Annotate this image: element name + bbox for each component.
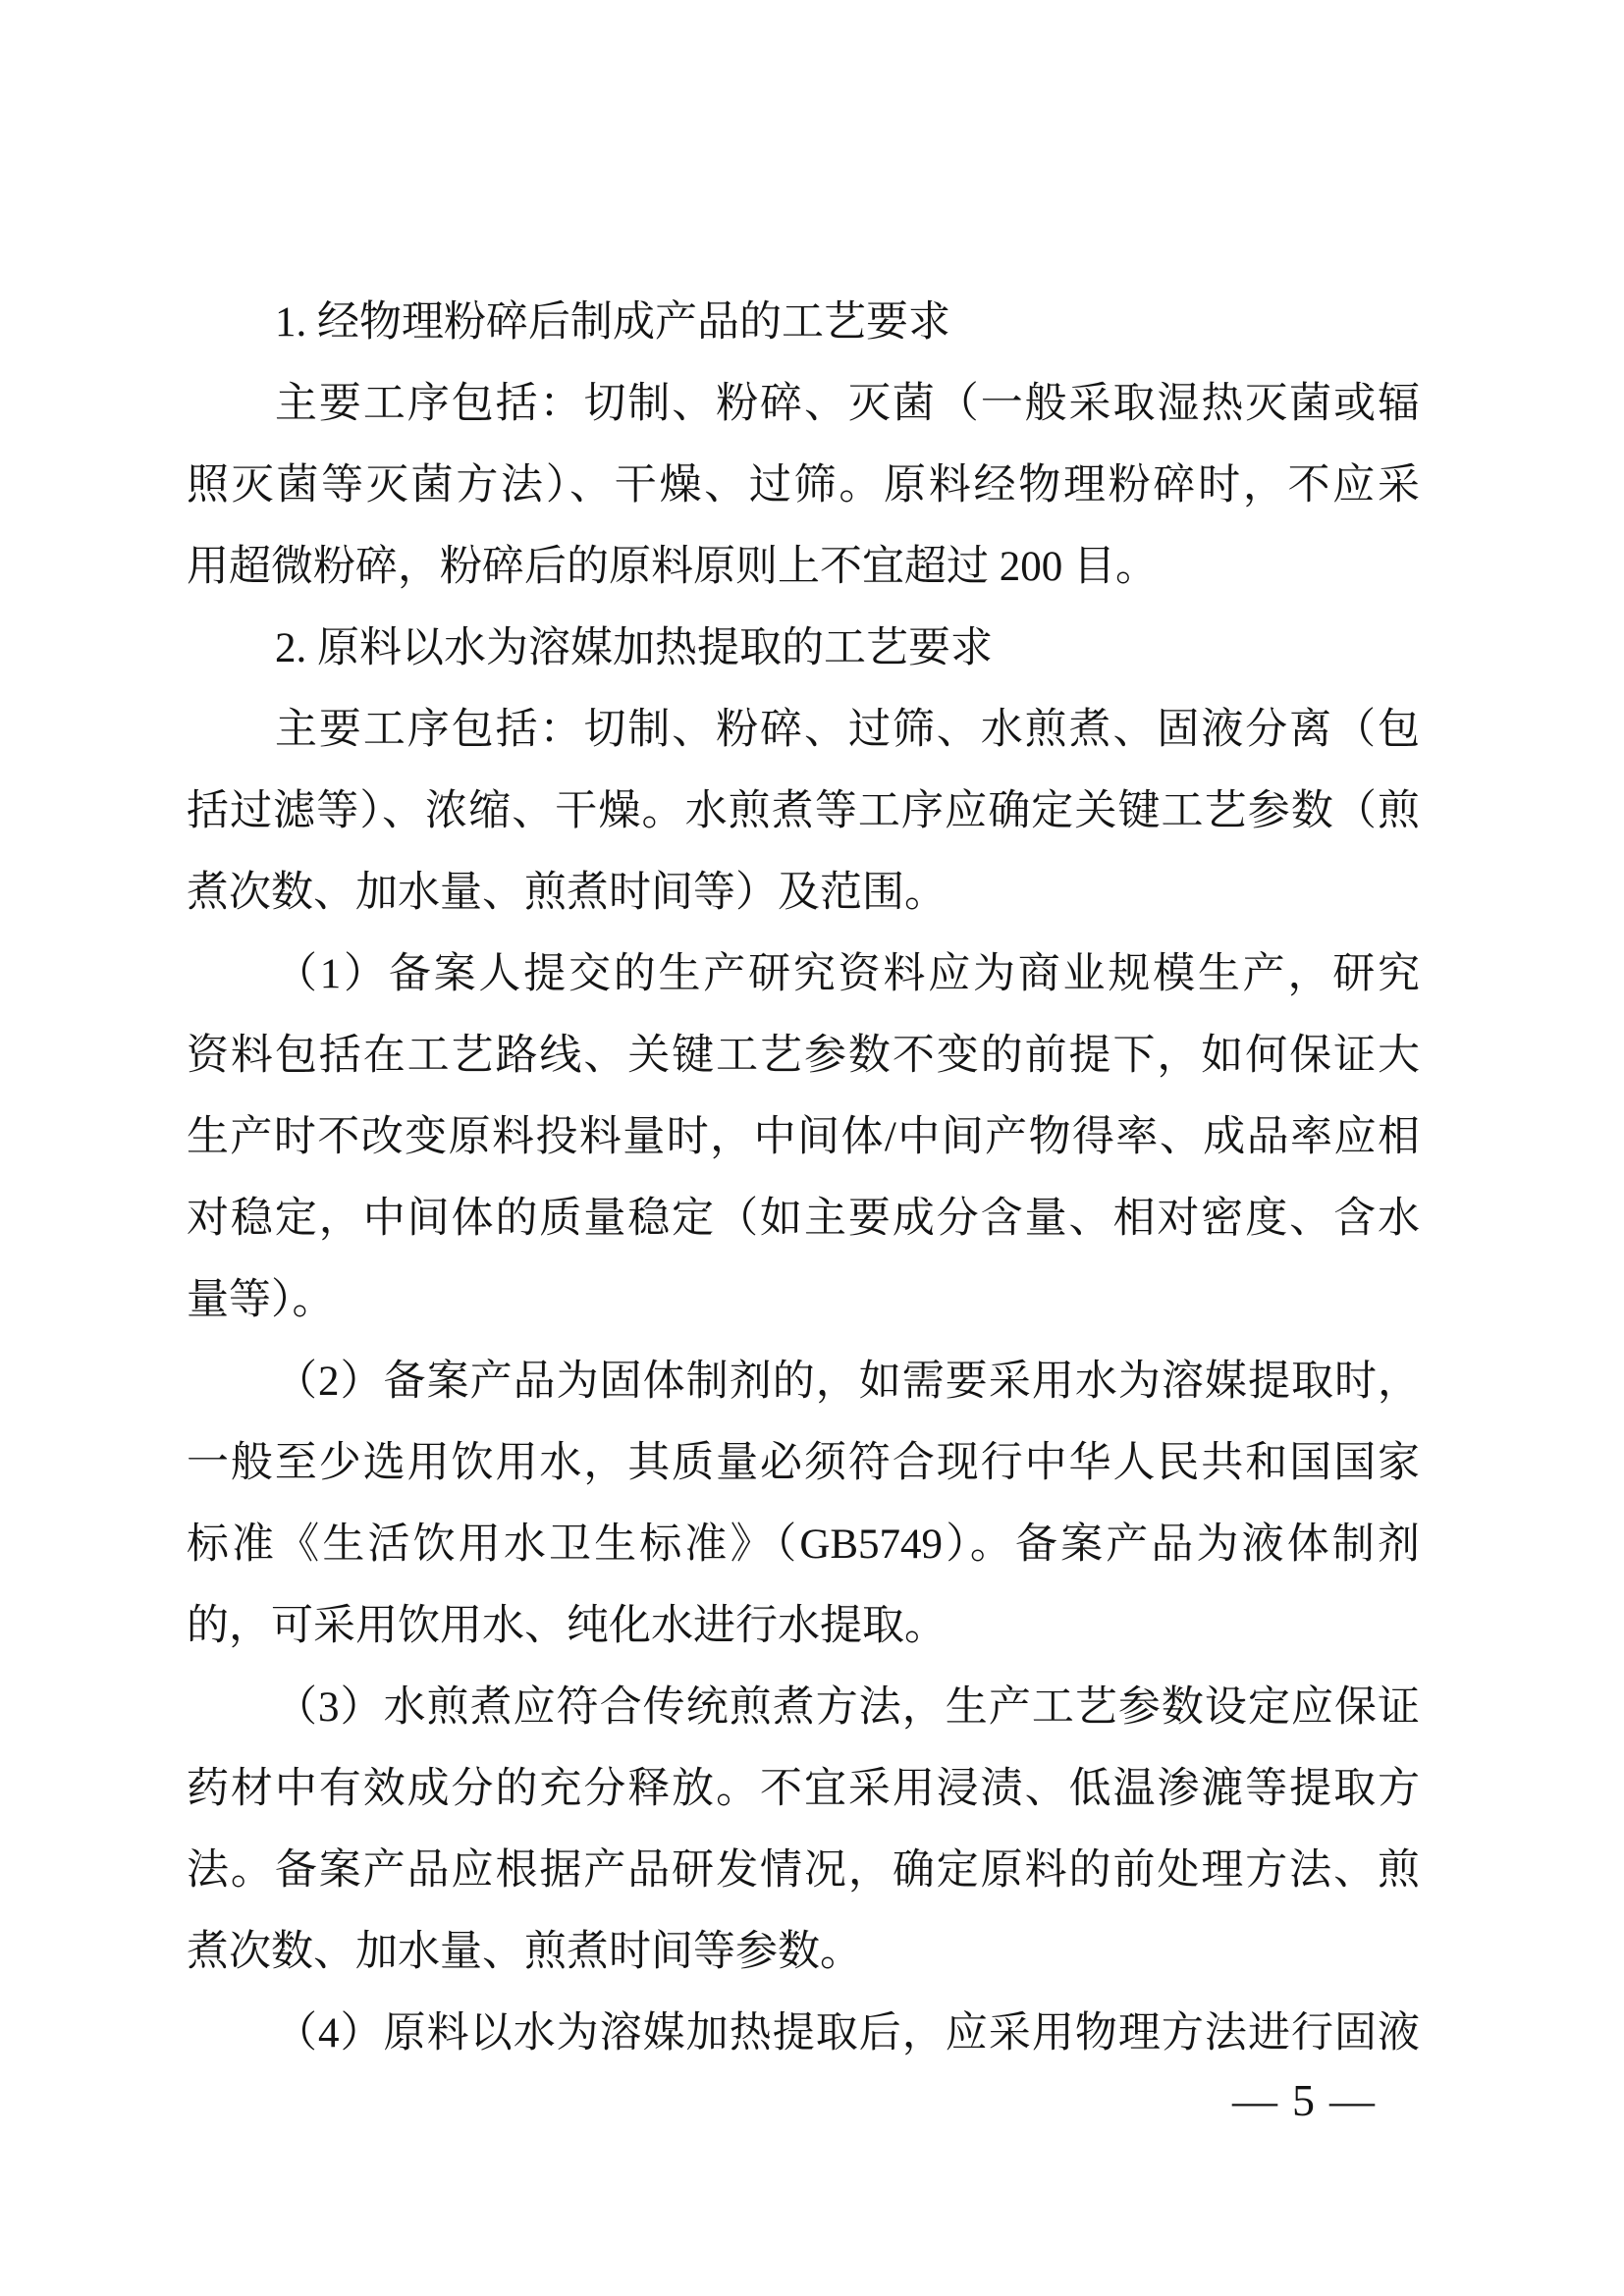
paragraph-line: 一般至少选用饮用水，其质量必须符合现行中华人民共和国国家 bbox=[187, 1422, 1420, 1504]
paragraph-line: 照灭菌等灭菌方法）、干燥、过筛。原料经物理粉碎时，不应采 bbox=[187, 445, 1420, 526]
paragraph-line: 括过滤等）、浓缩、干燥。水煎煮等工序应确定关键工艺参数（煎 bbox=[187, 771, 1420, 852]
heading-line: 1. 经物理粉碎后制成产品的工艺要求 bbox=[187, 282, 1420, 363]
paragraph-line: 法。备案产品应根据产品研发情况，确定原料的前处理方法、煎 bbox=[187, 1830, 1420, 1911]
paragraph-line: 量等）。 bbox=[187, 1259, 1420, 1341]
footer-dash-right: — bbox=[1329, 2075, 1375, 2126]
paragraph-line: （3）水煎煮应符合传统煎煮方法，生产工艺参数设定应保证 bbox=[187, 1667, 1420, 1748]
document-body: 1. 经物理粉碎后制成产品的工艺要求 主要工序包括：切制、粉碎、灭菌（一般采取湿… bbox=[187, 282, 1420, 2074]
paragraph-line: 煮次数、加水量、煎煮时间等）及范围。 bbox=[187, 852, 1420, 934]
page-footer: —5— bbox=[1232, 2075, 1375, 2126]
paragraph-line: 的，可采用饮用水、纯化水进行水提取。 bbox=[187, 1585, 1420, 1667]
paragraph-line: （2）备案产品为固体制剂的，如需要采用水为溶媒提取时， bbox=[187, 1341, 1420, 1422]
paragraph-line: 主要工序包括：切制、粉碎、灭菌（一般采取湿热灭菌或辐 bbox=[187, 363, 1420, 445]
heading-line: 2. 原料以水为溶媒加热提取的工艺要求 bbox=[187, 608, 1420, 689]
paragraph-line: 煮次数、加水量、煎煮时间等参数。 bbox=[187, 1911, 1420, 1993]
page-number: 5 bbox=[1292, 2075, 1315, 2126]
paragraph-line: 对稳定，中间体的质量稳定（如主要成分含量、相对密度、含水 bbox=[187, 1178, 1420, 1259]
paragraph-line: （4）原料以水为溶媒加热提取后，应采用物理方法进行固液 bbox=[187, 1993, 1420, 2074]
paragraph-line: （1）备案人提交的生产研究资料应为商业规模生产，研究 bbox=[187, 934, 1420, 1015]
paragraph-line: 标准《生活饮用水卫生标准》（GB5749）。备案产品为液体制剂 bbox=[187, 1504, 1420, 1585]
document-page: 1. 经物理粉碎后制成产品的工艺要求 主要工序包括：切制、粉碎、灭菌（一般采取湿… bbox=[0, 0, 1624, 2296]
paragraph-line: 资料包括在工艺路线、关键工艺参数不变的前提下，如何保证大 bbox=[187, 1015, 1420, 1096]
footer-dash-left: — bbox=[1232, 2075, 1277, 2126]
paragraph-line: 主要工序包括：切制、粉碎、过筛、水煎煮、固液分离（包 bbox=[187, 689, 1420, 771]
paragraph-line: 药材中有效成分的充分释放。不宜采用浸渍、低温渗漉等提取方 bbox=[187, 1748, 1420, 1830]
paragraph-line: 生产时不改变原料投料量时，中间体/中间产物得率、成品率应相 bbox=[187, 1096, 1420, 1178]
paragraph-line: 用超微粉碎，粉碎后的原料原则上不宜超过 200 目。 bbox=[187, 526, 1420, 608]
